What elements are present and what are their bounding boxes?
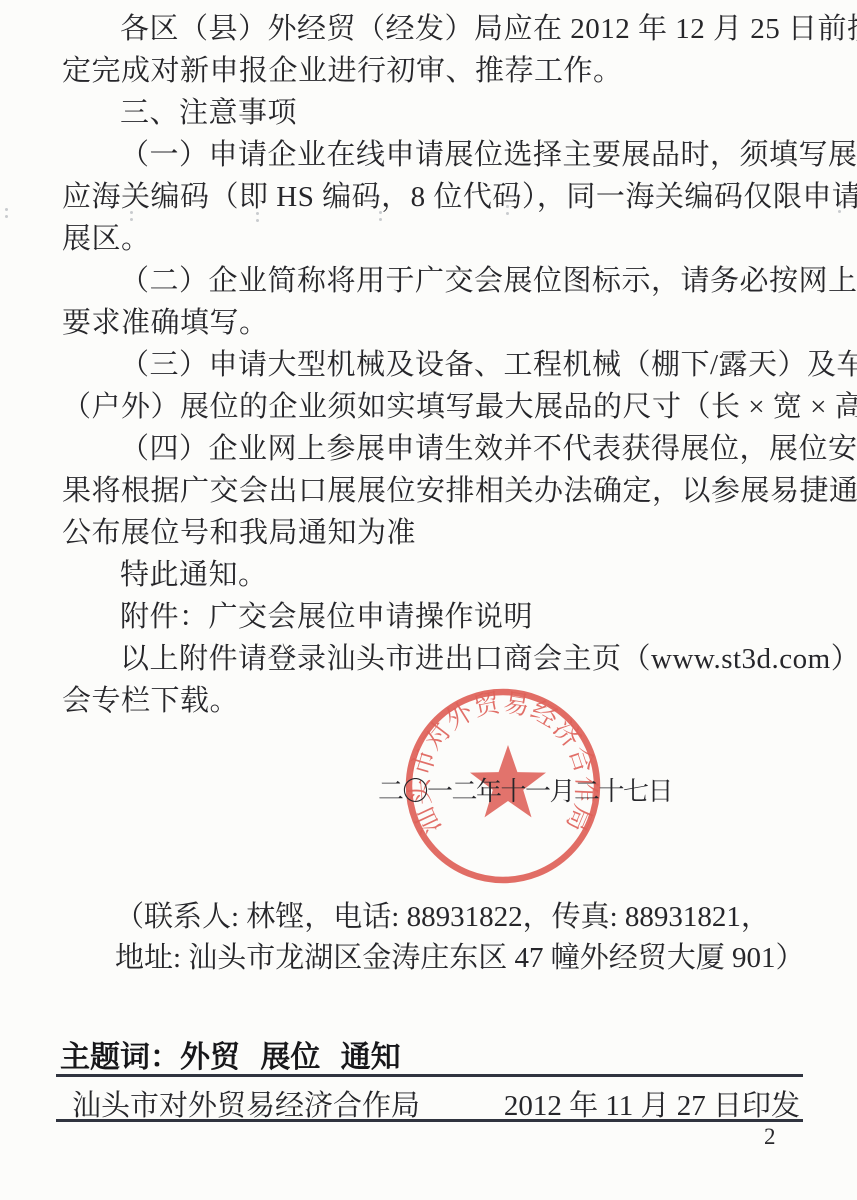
text-line: 应海关编码（即 HS 编码，8 位代码），同一海关编码仅限申请一个 (62, 176, 822, 218)
text-line: 果将根据广交会出口展展位安排相关办法确定，以参展易捷通最终 (62, 470, 822, 512)
notice-body-text: 各区（县）外经贸（经发）局应在 2012 年 12 月 25 日前按规定完成对新… (62, 8, 822, 722)
contact-info: （联系人: 林铿，电话: 88931822，传真: 88931821，地址: 汕… (115, 897, 805, 979)
text-line: 要求准确填写。 (62, 302, 822, 344)
text-line: （四）企业网上参展申请生效并不代表获得展位，展位安排结 (62, 428, 822, 470)
scanned-notice-page: 各区（县）外经贸（经发）局应在 2012 年 12 月 25 日前按规定完成对新… (0, 0, 857, 1200)
text-line: （二）企业简称将用于广交会展位图标示，请务必按网上提示 (62, 260, 822, 302)
text-line: （户外）展位的企业须如实填写最大展品的尺寸（长 × 宽 × 高）。 (62, 386, 822, 428)
scan-artifact (506, 205, 509, 208)
text-line: 展区。 (62, 218, 822, 260)
text-line: 以上附件请登录汕头市进出口商会主页（www.st3d.com）广交 (62, 638, 822, 680)
scan-artifact (256, 212, 259, 215)
text-line: 特此通知。 (62, 554, 822, 596)
text-line: 各区（县）外经贸（经发）局应在 2012 年 12 月 25 日前按规 (62, 8, 822, 50)
issue-date: 二〇一二年十一月二十七日 (378, 771, 672, 808)
text-line: 三、注意事项 (62, 92, 822, 134)
text-line: 公布展位号和我局通知为准 (62, 512, 822, 554)
scan-artifact (379, 211, 382, 214)
footer-divider-bottom (56, 1119, 803, 1122)
print-date: 2012 年 11 月 27 日印发 (504, 1083, 800, 1124)
text-line: （联系人: 林铿，电话: 88931822，传真: 88931821， (115, 897, 805, 938)
text-line: 地址: 汕头市龙湖区金涛庄东区 47 幢外经贸大厦 901） (115, 938, 805, 979)
text-line: 附件：广交会展位申请操作说明 (62, 596, 822, 638)
text-line: 定完成对新申报企业进行初审、推荐工作。 (62, 50, 822, 92)
subject-keywords: 主题词：外贸 展位 通知 (60, 1032, 401, 1076)
footer-row: 汕头市对外贸易经济合作局 2012 年 11 月 27 日印发 (72, 1083, 800, 1124)
text-line: （三）申请大型机械及设备、工程机械（棚下/露天）及车辆 (62, 344, 822, 386)
issuing-bureau: 汕头市对外贸易经济合作局 (72, 1083, 420, 1124)
scan-artifact (838, 203, 841, 206)
footer-divider-top (56, 1074, 803, 1077)
text-line: （一）申请企业在线申请展位选择主要展品时，须填写展品对 (62, 134, 822, 176)
scan-artifact (5, 208, 8, 211)
page-number: 2 (764, 1124, 776, 1150)
scan-artifact (130, 211, 133, 214)
